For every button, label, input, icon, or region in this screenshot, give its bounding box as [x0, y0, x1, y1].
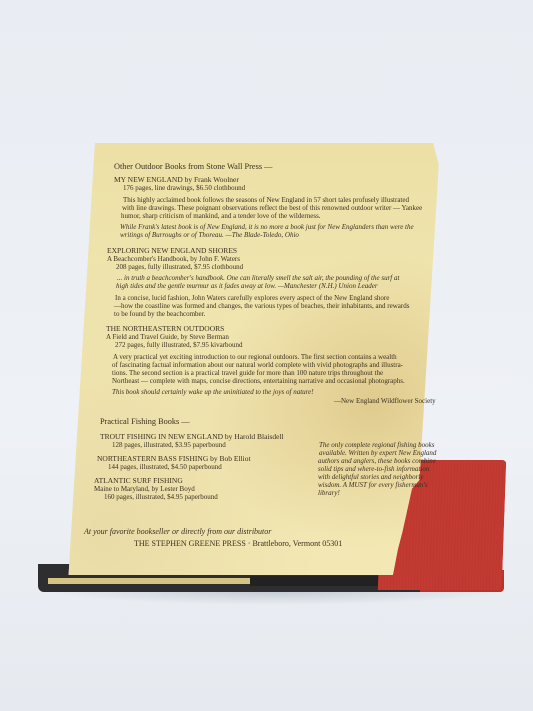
section-heading-fishing: Practical Fishing Books —: [100, 418, 190, 427]
section-heading-outdoor: Other Outdoor Books from Stone Wall Pres…: [114, 163, 272, 172]
book3-desc-line: Northeast — complete with maps, concise …: [112, 377, 405, 386]
book1-details: 176 pages, line drawings, $6.50 clothbou…: [123, 184, 245, 193]
footer-bookseller-line: At your favorite bookseller or directly …: [84, 528, 271, 537]
fishing-book3-details: 160 pages, illustrated, $4.95 paperbound: [104, 493, 218, 502]
fishing-blurb-line: library!: [318, 489, 340, 498]
book1-desc-line: humor, sharp criticism of mankind, and a…: [121, 212, 321, 221]
fishing-book2-details: 144 pages, illustrated, $4.50 paperbound: [108, 463, 222, 472]
book3-attribution: —New England Wildflower Society: [334, 397, 436, 406]
book2-desc-line: to be found by the beachcomber.: [114, 310, 205, 319]
book2-details: 208 pages, fully illustrated, $7.95 clot…: [116, 263, 243, 272]
book3-details: 272 pages, fully illustrated, $7.95 kiva…: [115, 341, 243, 350]
jacket-text: Other Outdoor Books from Stone Wall Pres…: [82, 143, 462, 583]
book1-quote-line: writings of Burroughs or of Thoreau. —Th…: [120, 231, 299, 240]
book2-quote-line: high tides and the gentle murmur as it f…: [116, 282, 378, 291]
fishing-book1-details: 128 pages, illustrated, $3.95 paperbound: [112, 441, 226, 450]
publisher-address: THE STEPHEN GREENE PRESS · Brattleboro, …: [134, 540, 342, 549]
book3-quote: This book should certainly wake up the u…: [112, 388, 314, 397]
